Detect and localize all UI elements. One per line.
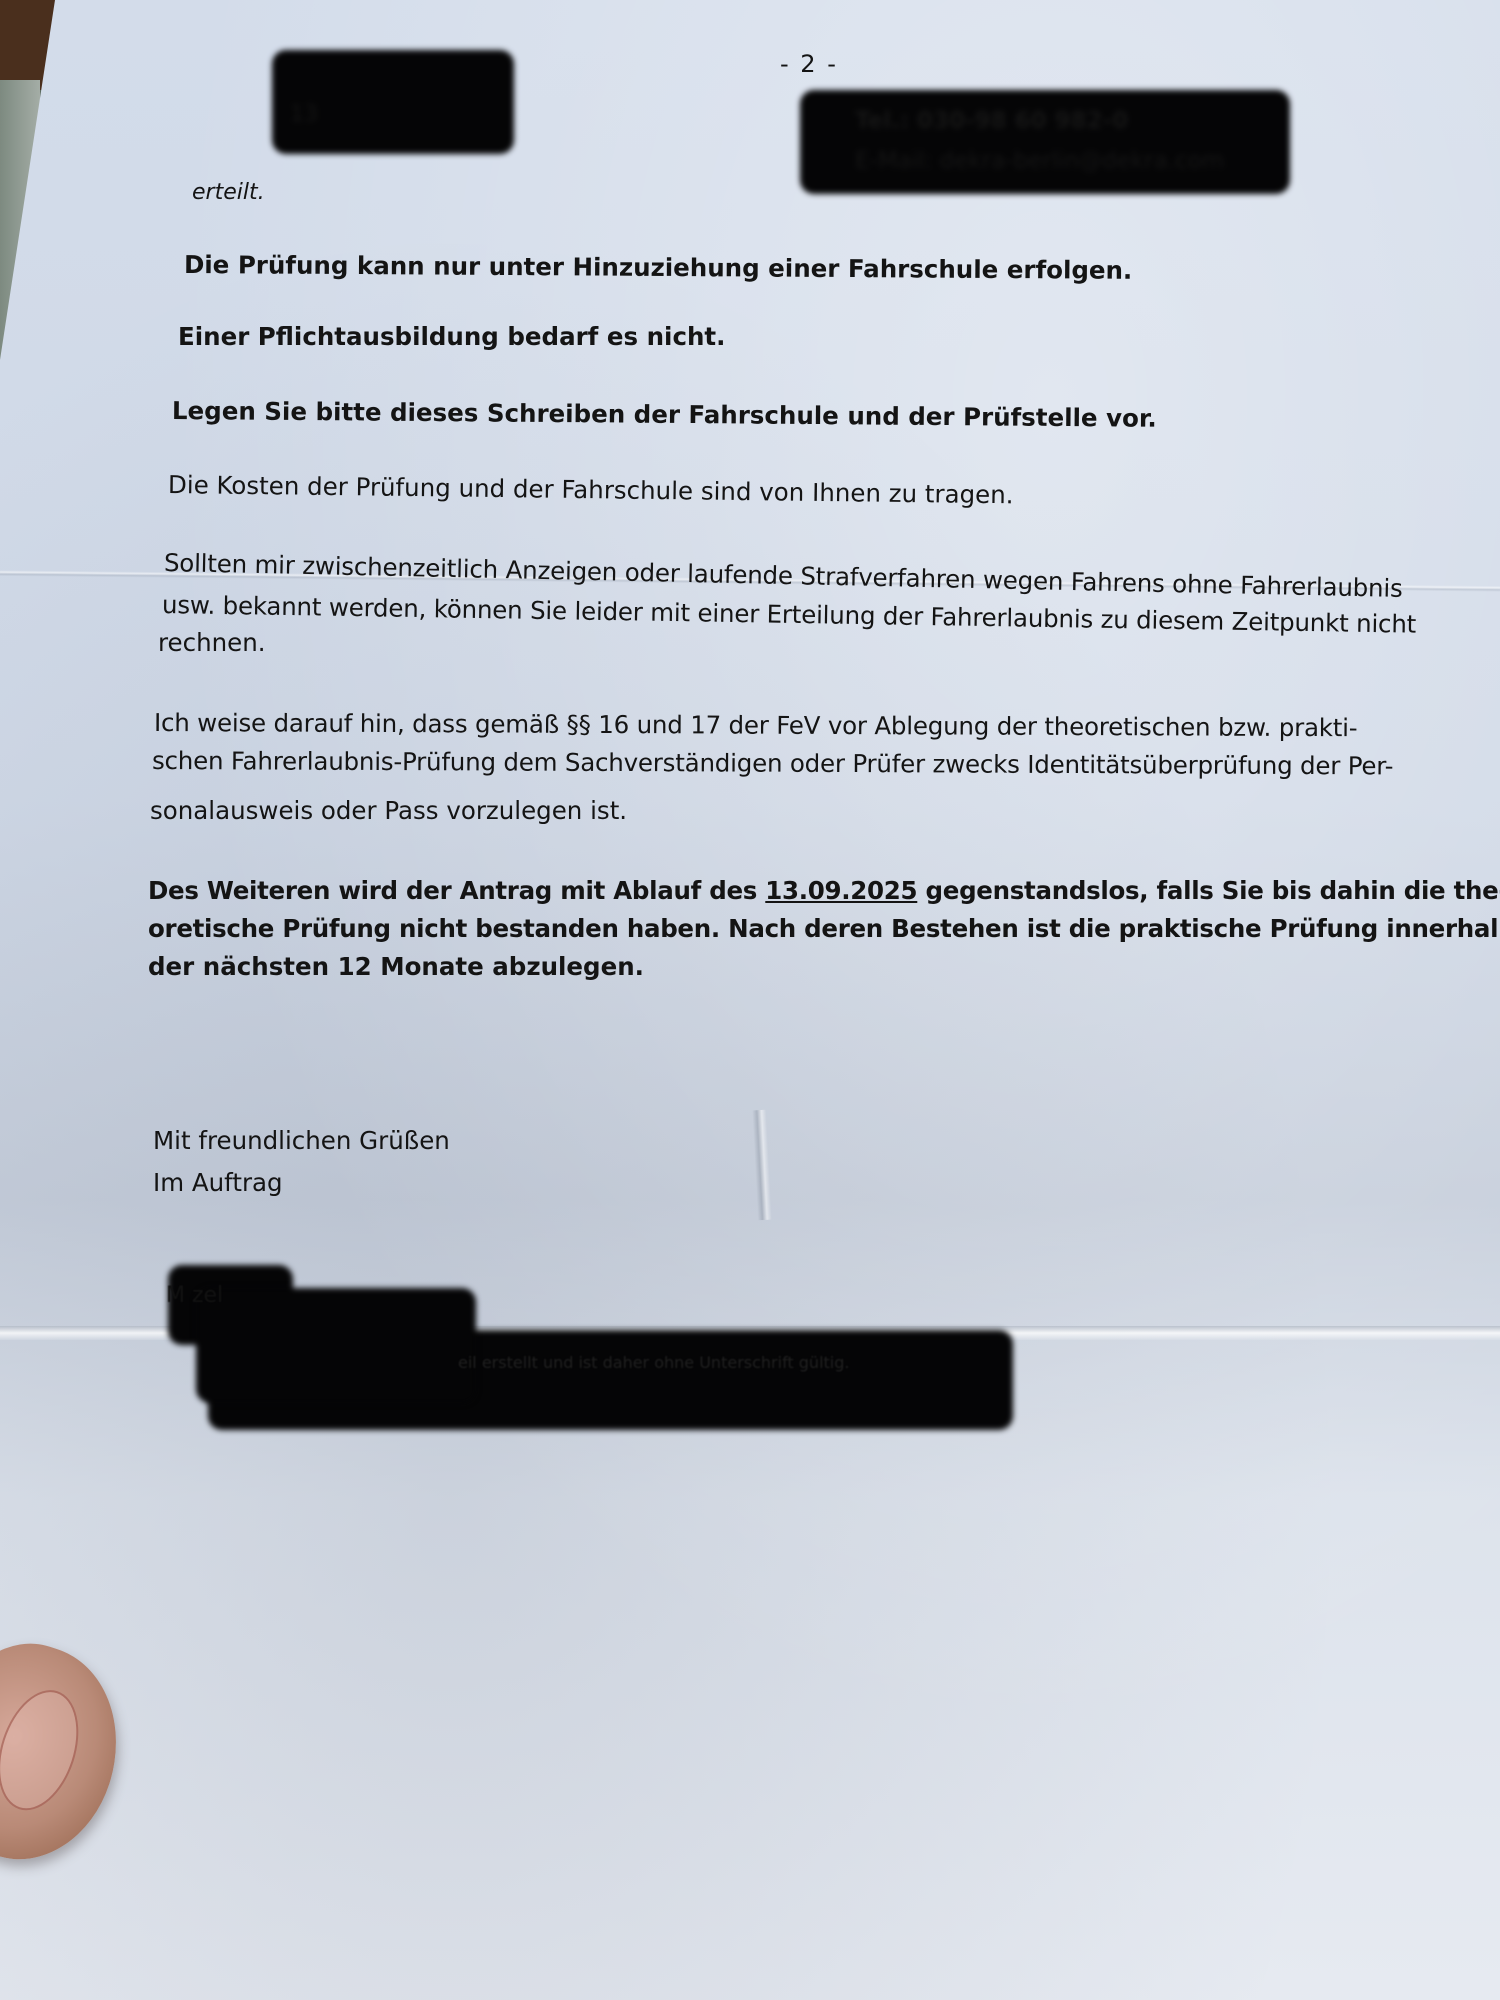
paragraph-no-training: Einer Pflichtausbildung bedarf es nicht. — [178, 322, 725, 351]
validity-note-hint: eil erstellt und ist daher ohne Untersch… — [458, 1353, 849, 1372]
paragraph-deadline-line: Des Weiteren wird der Antrag mit Ablauf … — [148, 876, 1500, 905]
closing-greeting: Mit freundlichen Grüßen — [153, 1126, 450, 1155]
intro-fragment: erteilt. — [192, 180, 265, 205]
redacted-signer-name — [196, 1288, 476, 1403]
letter-page — [0, 0, 1500, 2000]
thumb-nail — [0, 1680, 93, 1821]
paragraph-warning-line: rechnen. — [158, 628, 266, 657]
closing-on-behalf: Im Auftrag — [153, 1168, 283, 1197]
paragraph-identity-line: Ich weise darauf hin, dass gemäß §§ 16 u… — [154, 708, 1358, 742]
paragraph-identity-line: sonalausweis oder Pass vorzulegen ist. — [150, 796, 627, 825]
redacted-contact-block: Tel.: 030-98 60 982-0 E-Mail: dekra-berl… — [800, 90, 1290, 194]
paragraph-identity-line: schen Fahrerlaubnis-Prüfung dem Sachvers… — [152, 746, 1393, 780]
signer-name-hint: M zel — [166, 1283, 223, 1308]
contact-email: E-Mail: dekra-berlin@dekra.com — [855, 148, 1224, 174]
redacted-address-hint: 13 — [290, 102, 318, 127]
deadline-text-before: Des Weiteren wird der Antrag mit Ablauf … — [148, 876, 765, 905]
paragraph-deadline-line: oretische Prüfung nicht bestanden haben.… — [148, 914, 1500, 943]
page-number: - 2 - — [780, 50, 838, 78]
redacted-address: 13 — [272, 50, 514, 154]
paragraph-deadline-line: der nächsten 12 Monate abzulegen. — [148, 952, 644, 981]
contact-phone: Tel.: 030-98 60 982-0 — [855, 108, 1128, 134]
deadline-date: 13.09.2025 — [765, 876, 917, 905]
paragraph-requirement: Die Prüfung kann nur unter Hinzuziehung … — [184, 250, 1132, 285]
deadline-text-after: gegenstandslos, falls Sie bis dahin die … — [917, 876, 1500, 905]
